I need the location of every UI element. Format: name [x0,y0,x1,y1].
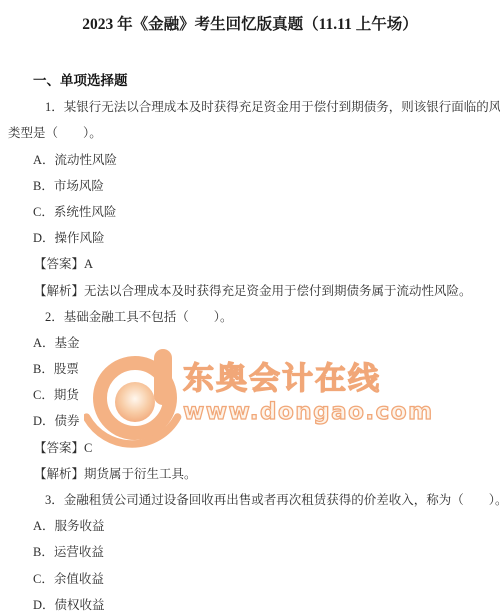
document-page: 东奥会计在线 www.dongao.com 2023 年《金融》考生回忆版真题（… [0,0,500,615]
question-3-option-d: D．债权收益 [0,592,500,615]
analysis-label: 【解析】 [34,284,84,298]
answer-label: 【答案】 [34,257,84,271]
analysis-label: 【解析】 [34,467,84,481]
question-2-option-a: A．基金 [0,330,500,356]
document-body: 一、单项选择题 1．某银行无法以合理成本及时获得充足资金用于偿付到期债务，则该银… [0,68,500,615]
question-3-stem-line-1: 3．金融租赁公司通过设备回收再出售或者再次租赁获得的价差收入，称为（ ）。 [0,487,500,513]
question-2-option-d: D．债券 [0,408,500,434]
question-1-option-d: D．操作风险 [0,225,500,251]
question-1-option-b: B．市场风险 [0,173,500,199]
question-3-option-c: C．余值收益 [0,566,500,592]
answer-label: 【答案】 [34,441,84,455]
question-2-stem-line-1: 2．基础金融工具不包括（ ）。 [0,304,500,330]
question-1-answer-line: 【答案】A [0,251,500,277]
question-1-stem-line-2: 类型是（ ）。 [0,120,500,146]
question-2-answer-line: 【答案】C [0,435,500,461]
answer-value: C [84,441,92,455]
question-3-option-b: B．运营收益 [0,539,500,565]
question-1-option-c: C．系统性风险 [0,199,500,225]
question-1-analysis-line: 【解析】无法以合理成本及时获得充足资金用于偿付到期债务属于流动性风险。 [0,278,500,304]
section-heading: 一、单项选择题 [0,68,500,94]
analysis-text: 无法以合理成本及时获得充足资金用于偿付到期债务属于流动性风险。 [84,284,472,298]
document-title: 2023 年《金融》考生回忆版真题（11.11 上午场） [0,0,500,35]
answer-value: A [84,257,93,271]
question-2-analysis-line: 【解析】期货属于衍生工具。 [0,461,500,487]
question-2-option-c: C．期货 [0,382,500,408]
question-2-option-b: B．股票 [0,356,500,382]
question-1-stem-line-1: 1．某银行无法以合理成本及时获得充足资金用于偿付到期债务，则该银行面临的风险 [0,94,500,120]
question-1-option-a: A．流动性风险 [0,147,500,173]
question-3-option-a: A．服务收益 [0,513,500,539]
analysis-text: 期货属于衍生工具。 [84,467,197,481]
